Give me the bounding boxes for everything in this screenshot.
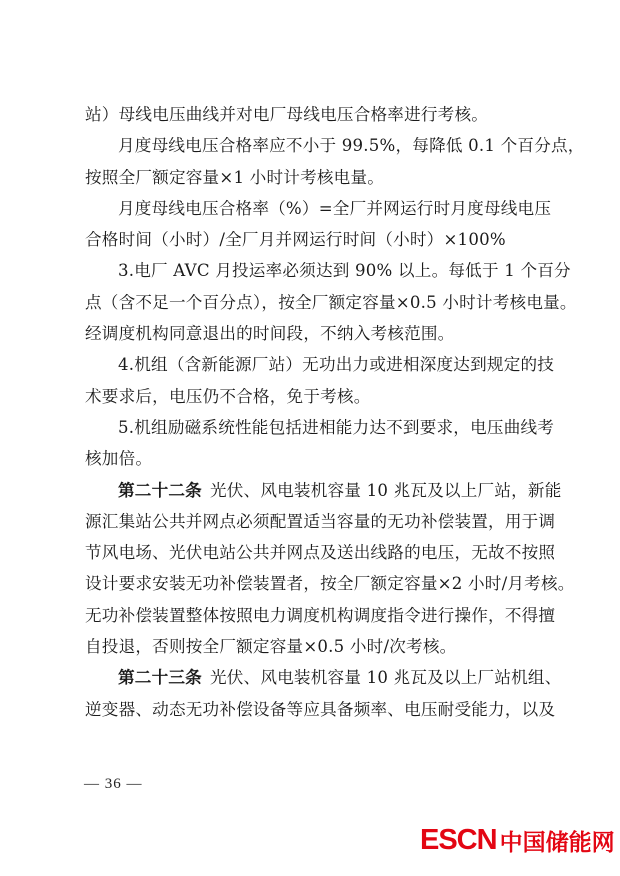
text-line: 自投退，否则按全厂额定容量×0.5 小时/次考核。 — [85, 631, 547, 662]
escn-watermark-logo: ESCN 中国储能网 — [420, 824, 615, 857]
text-line: 按照全厂额定容量×1 小时计考核电量。 — [85, 162, 547, 193]
text-line: 术要求后，电压仍不合格，免于考核。 — [85, 381, 547, 412]
text-line: 合格时间（小时）/全厂月并网运行时间（小时）×100% — [85, 224, 547, 255]
text-line: 4.机组（含新能源厂站）无功出力或进相深度达到规定的技 — [85, 349, 547, 380]
article-23-heading: 第二十三条 — [118, 668, 202, 687]
text-line: 5.机组励磁系统性能包括进相能力达不到要求，电压曲线考 — [85, 412, 547, 443]
text-line: 经调度机构同意退出的时间段，不纳入考核范围。 — [85, 318, 547, 349]
text-line: 站）母线电压曲线并对电厂母线电压合格率进行考核。 — [85, 99, 547, 130]
text-line: 逆变器、动态无功补偿设备等应具备频率、电压耐受能力，以及 — [85, 694, 547, 725]
article-23-first-line: 第二十三条光伏、风电装机容量 10 兆瓦及以上厂站机组、 — [85, 662, 547, 693]
text-line: 源汇集站公共并网点必须配置适当容量的无功补偿装置，用于调 — [85, 506, 547, 537]
page-number: — 36 — — [84, 776, 143, 793]
text-line: 节风电场、光伏电站公共并网点及送出线路的电压，无故不按照 — [85, 537, 547, 568]
article-22-first-line: 第二十二条光伏、风电装机容量 10 兆瓦及以上厂站，新能 — [85, 475, 547, 506]
watermark-chinese: 中国储能网 — [500, 824, 615, 857]
text-line: 点（含不足一个百分点），按全厂额定容量×0.5 小时计考核电量。 — [85, 287, 547, 318]
text-line: 无功补偿装置整体按照电力调度机构调度指令进行操作，不得擅 — [85, 600, 547, 631]
watermark-latin: ESCN — [420, 824, 497, 857]
text-line: 核加倍。 — [85, 443, 547, 474]
text-line: 设计要求安装无功补偿装置者，按全厂额定容量×2 小时/月考核。 — [85, 568, 547, 599]
article-22-heading: 第二十二条 — [118, 481, 202, 500]
text-line: 3.电厂 AVC 月投运率必须达到 90% 以上。每低于 1 个百分 — [85, 255, 547, 286]
document-body: 站）母线电压曲线并对电厂母线电压合格率进行考核。 月度母线电压合格率应不小于 9… — [85, 99, 547, 725]
article-22-text: 光伏、风电装机容量 10 兆瓦及以上厂站，新能 — [210, 481, 562, 500]
text-line: 月度母线电压合格率应不小于 99.5%，每降低 0.1 个百分点， — [85, 130, 547, 161]
text-line: 月度母线电压合格率（%）=全厂并网运行时月度母线电压 — [85, 193, 547, 224]
article-23-text: 光伏、风电装机容量 10 兆瓦及以上厂站机组、 — [210, 668, 562, 687]
